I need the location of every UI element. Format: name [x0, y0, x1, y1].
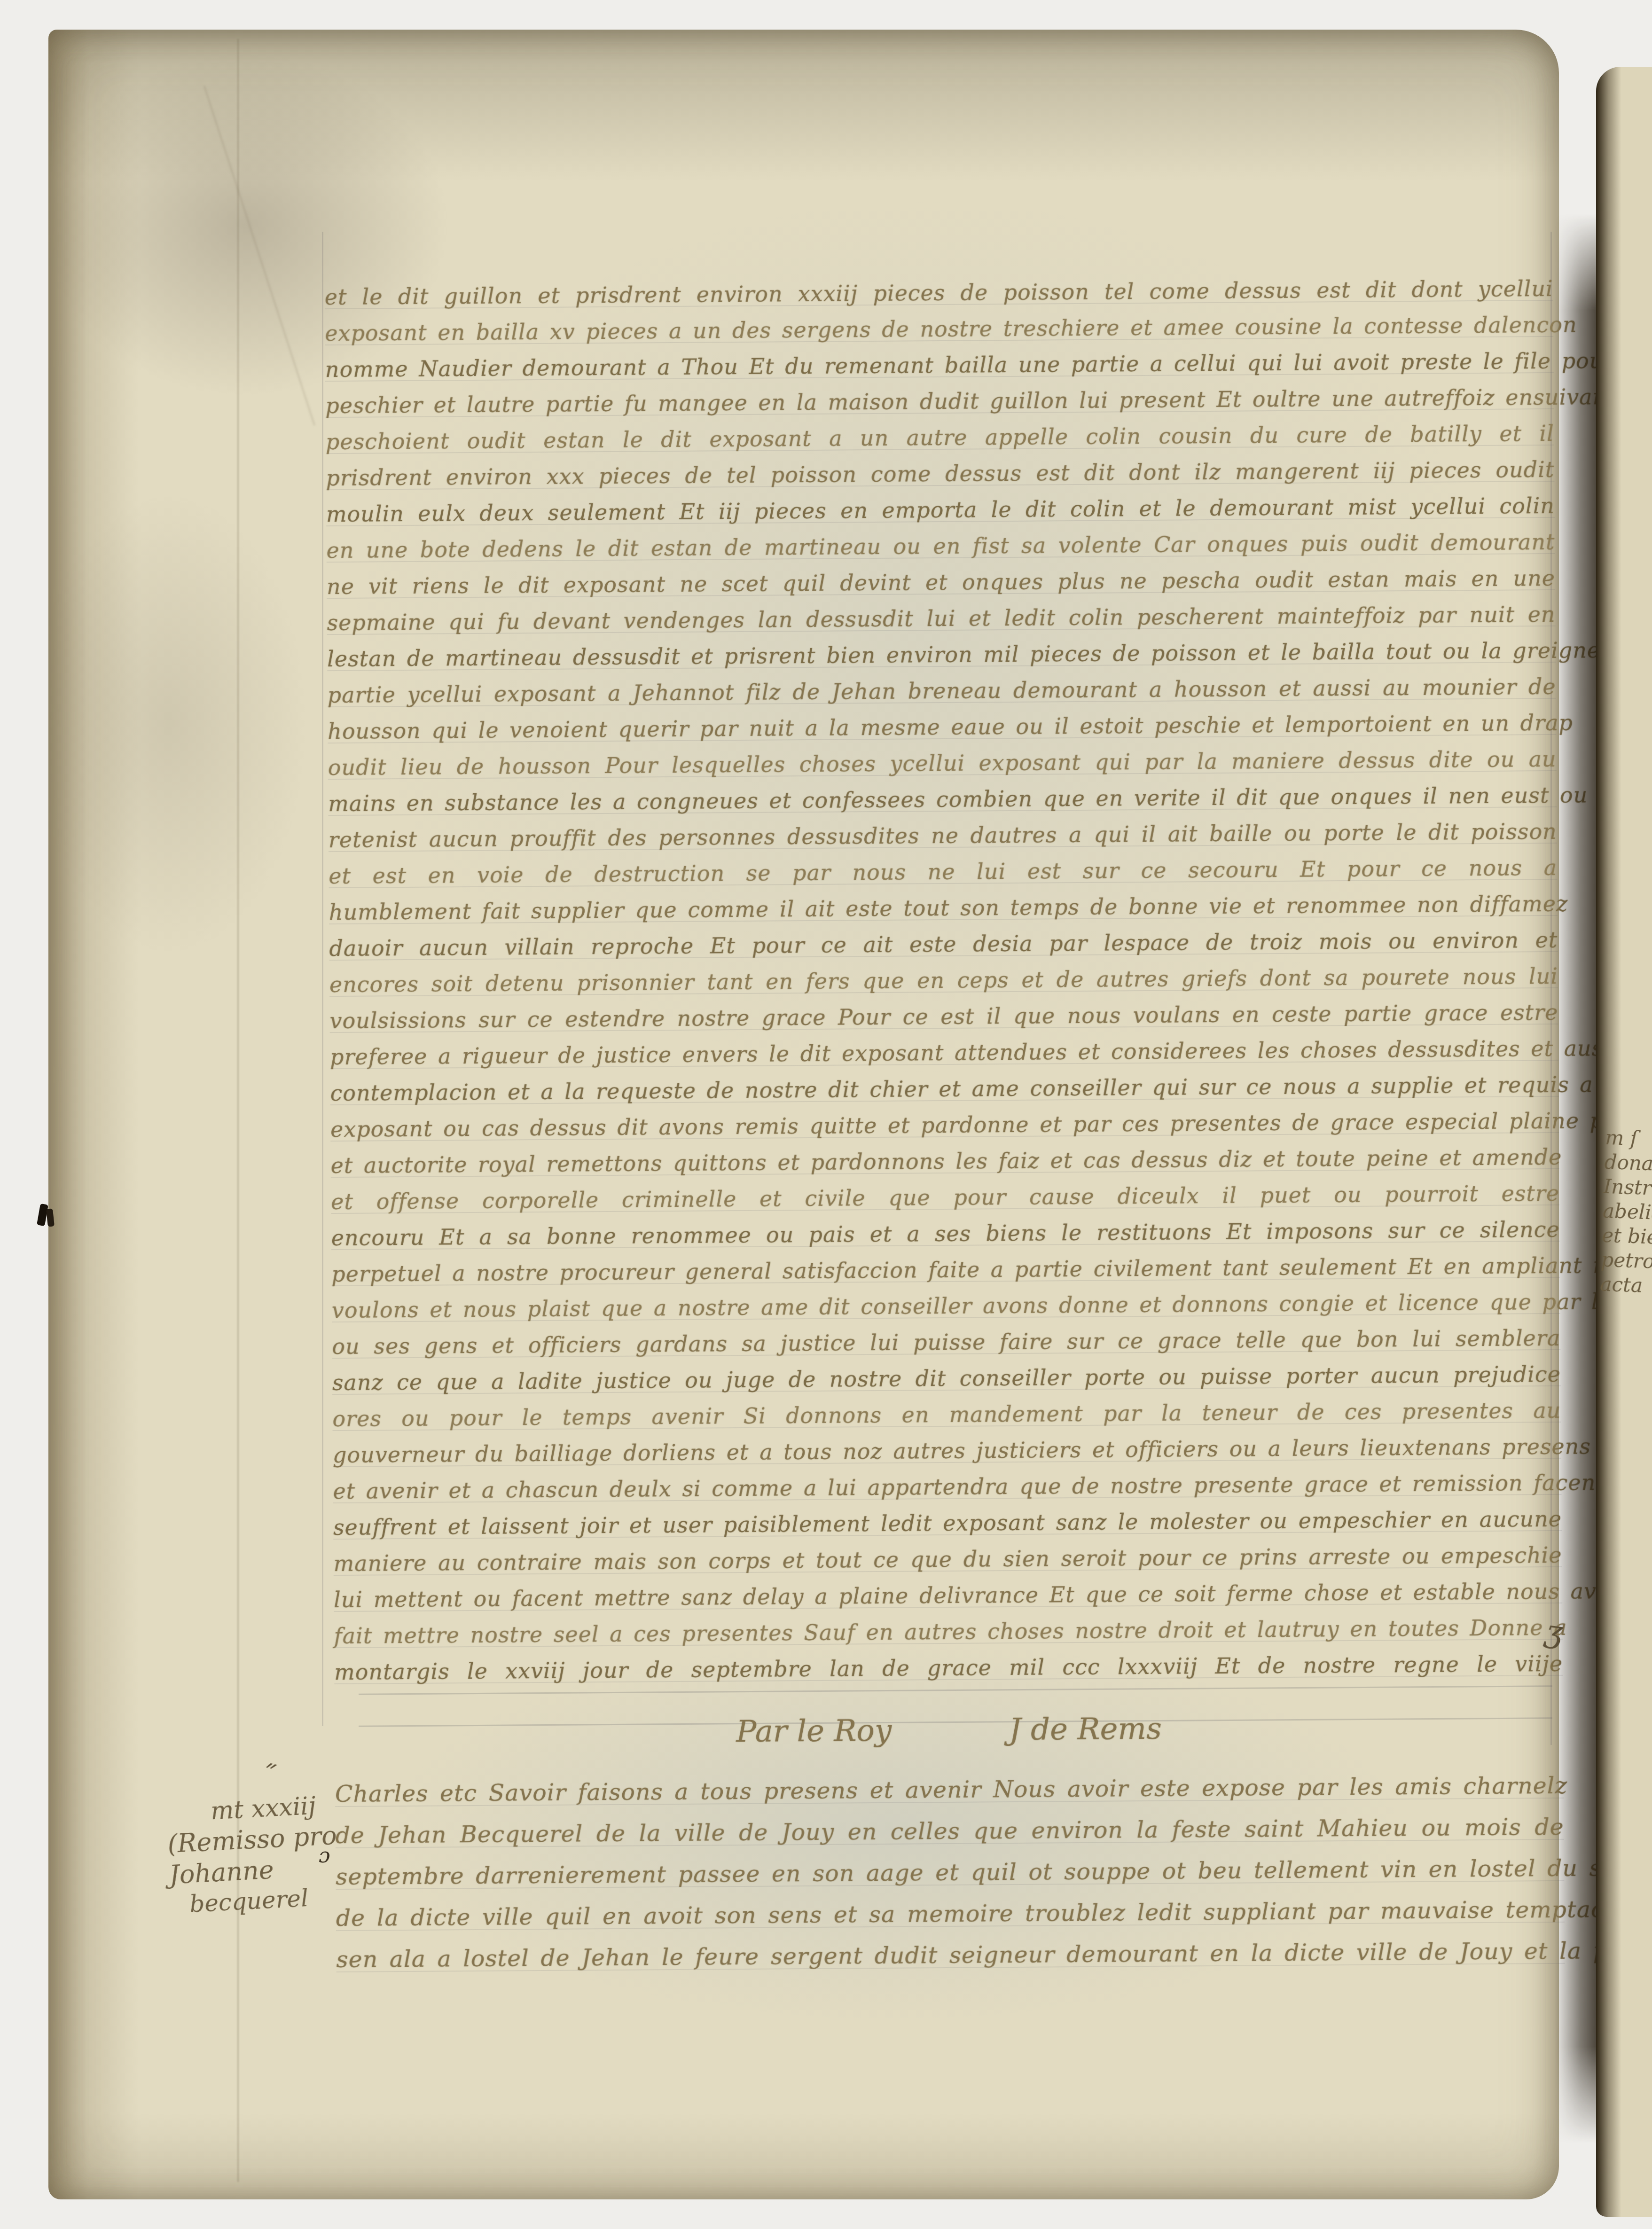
adjacent-folio-text-fragments: m ſdonacoInstrumeabeliaet bienpetro Eact…: [1600, 1126, 1652, 1298]
gutter-shadow: [1555, 214, 1602, 2143]
manuscript-fragment: Instrume: [1603, 1174, 1652, 1201]
adjacent-folio-edge: m ſdonacoInstrumeabeliaet bienpetro Eact…: [1596, 67, 1652, 2217]
subscription-secretary-signature: J de Rems: [1009, 1712, 1162, 1747]
margin-annotation: mt xxxiij (Remisso pro Johanne becquerel: [165, 1787, 392, 1920]
manuscript-fragment: m ſ: [1605, 1126, 1652, 1152]
manuscript-fragment: et bien: [1601, 1223, 1652, 1250]
left-margin-ruling: [322, 232, 323, 1726]
manuscript-line: sen ala a lostel de Jehan le feure serge…: [336, 1931, 1565, 1980]
text-block: et le dit guillon et prisdrent environ x…: [324, 241, 1556, 250]
chancery-subscription: Par le Roy J de Rems: [335, 1700, 1564, 1760]
manuscript-fragment: acta: [1600, 1272, 1652, 1299]
margin-annotation-rubric: (Remisso pro Johanne: [167, 1817, 391, 1891]
corner-crease: [204, 86, 315, 426]
paragraph-ink-mark: ɔ: [319, 1844, 330, 1868]
manuscript-fragment: petro E: [1601, 1248, 1652, 1275]
ink-flourish: ˝: [255, 1758, 276, 1792]
subscription-par-le-roy: Par le Roy: [736, 1713, 892, 1749]
paragraph-remission-body: et le dit guillon et prisdrent environ x…: [324, 271, 1563, 1690]
manuscript-page: et le dit guillon et prisdrent environ x…: [48, 30, 1559, 2199]
manuscript-fragment: donaco: [1604, 1150, 1652, 1177]
paragraph-next-act: Charles etc Savoir faisons a tous presen…: [335, 1765, 1565, 1980]
manuscript-fragment: abelia: [1602, 1199, 1652, 1226]
